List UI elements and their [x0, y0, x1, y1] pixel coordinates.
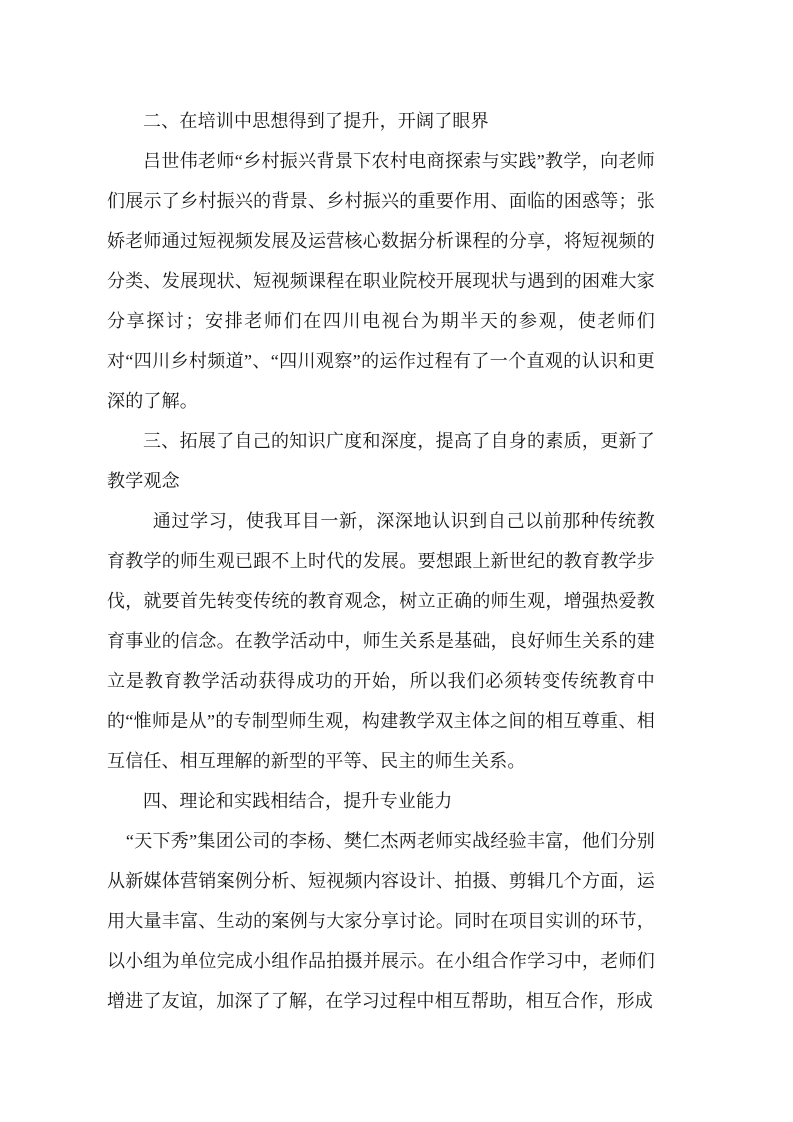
document-page: 二、在培训中思想得到了提升，开阔了眼界 吕世伟老师“乡村振兴背景下农村电商探索与…	[0, 0, 793, 1122]
paragraph-section-2-body: 吕世伟老师“乡村振兴背景下农村电商探索与实践”教学，向老师们展示了乡村振兴的背景…	[107, 141, 655, 421]
section-heading-4: 四、理论和实践相结合，提升专业能力	[107, 781, 655, 821]
paragraph-section-4-body: “天下秀”集团公司的李杨、樊仁杰两老师实战经验丰富，他们分别从新媒体营销案例分析…	[107, 821, 655, 1021]
paragraph-section-3-body: 通过学习，使我耳目一新，深深地认识到自己以前那种传统教育教学的师生观已跟不上时代…	[107, 501, 655, 781]
section-heading-3: 三、拓展了自己的知识广度和深度，提高了自身的素质，更新了教学观念	[107, 421, 655, 501]
section-heading-2: 二、在培训中思想得到了提升，开阔了眼界	[107, 101, 655, 141]
document-body: 二、在培训中思想得到了提升，开阔了眼界 吕世伟老师“乡村振兴背景下农村电商探索与…	[107, 101, 655, 1021]
